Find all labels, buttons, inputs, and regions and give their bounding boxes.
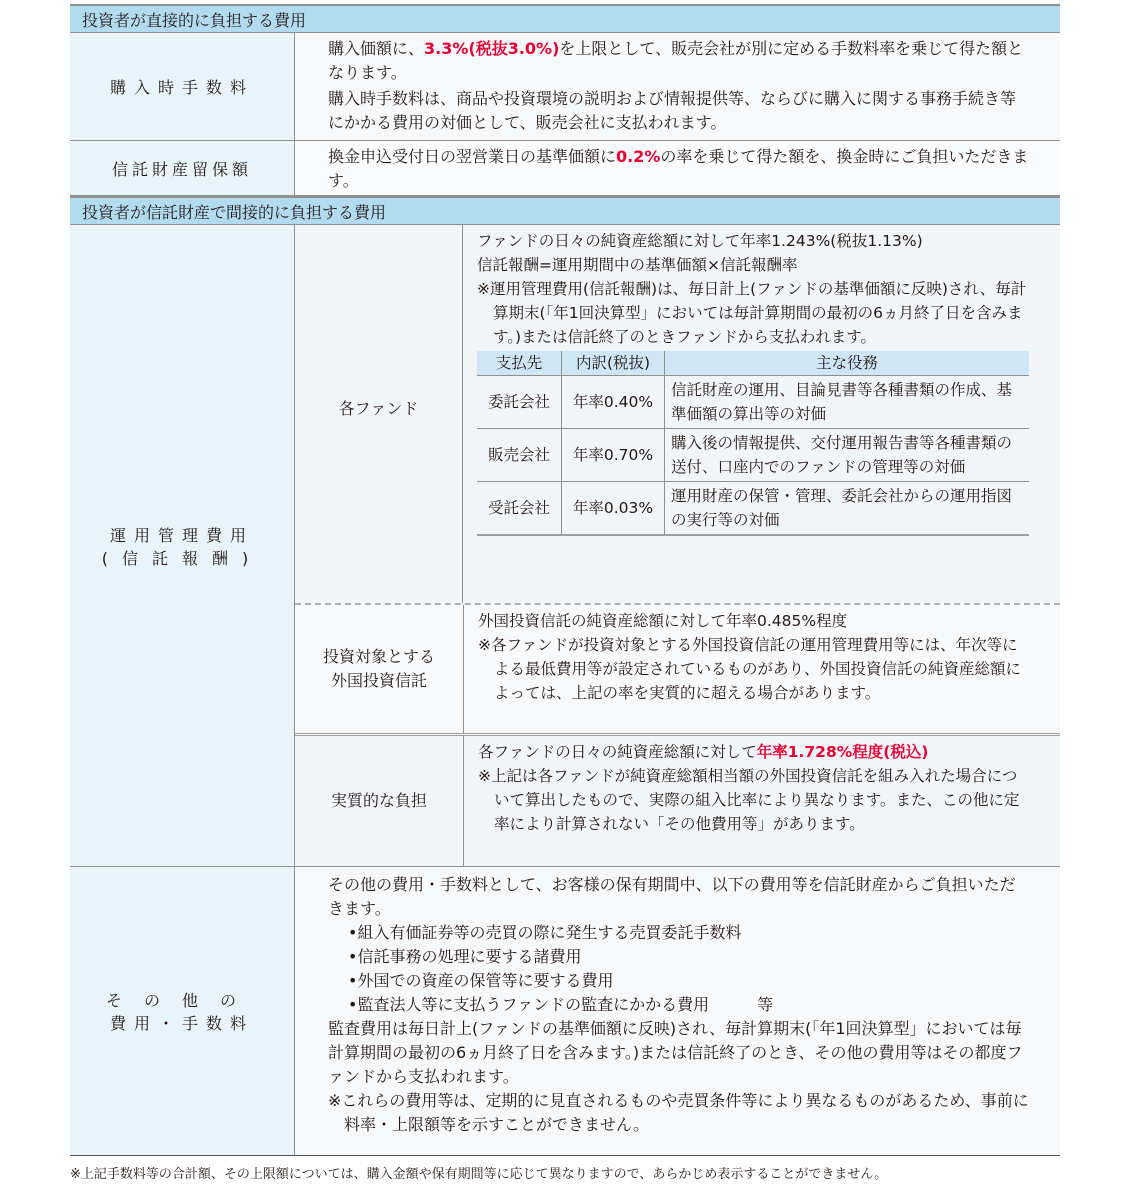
other-fees-intro: その他の費用・手数料として、お客様の保有期間中、以下の費用等を信託財産からご負担… (328, 873, 1030, 921)
label-trust-reserve: 信託財産留保額 (70, 141, 295, 195)
label-management-fee: 運用管理費用 (信託報酬) (70, 225, 295, 866)
effective-note: ※上記は各ファンドが純資産総額相当額の外国投資信託を組み入れた場合について算出し… (478, 764, 1030, 836)
effective-rate: 年率1.728%程度(税込) (757, 743, 929, 761)
other-fees-note: ※これらの費用等は、定期的に見直されるものや売買条件等により異なるものがあるため… (328, 1089, 1030, 1137)
label-purchase-fee: 購入時手数料 (70, 33, 295, 140)
col-header-payee: 支払先 (477, 351, 562, 376)
table-header-row: 支払先 内訳(税抜) 主な役務 (477, 351, 1029, 376)
list-item: •外国での資産の保管等に要する費用 (328, 969, 1030, 993)
subrow-foreign-trust: 投資対象とする 外国投資信託 外国投資信託の純資産総額に対して年率0.485%程… (295, 603, 1060, 733)
label-line: 投資対象とする (323, 645, 435, 669)
cell-payee: 受託会社 (477, 482, 562, 536)
other-fees-audit: 監査費用は毎日計上(ファンドの基準価額に反映)され、毎計算期末(「年1回決算型」… (328, 1017, 1030, 1089)
each-fund-note: ※運用管理費用(信託報酬)は、毎日計上(ファンドの基準価額に反映)され、毎計算期… (477, 277, 1030, 349)
cell-rate: 年率0.03% (562, 482, 665, 536)
text: 購入価額に、 (328, 39, 424, 58)
list-item: •信託事務の処理に要する諸費用 (328, 945, 1030, 969)
list-item: •監査法人等に支払うファンドの監査にかかる費用 等 (328, 993, 1030, 1017)
label-line: その他の (106, 988, 258, 1011)
content-each-fund: ファンドの日々の純資産総額に対して年率1.243%(税抜1.13%) 信託報酬=… (463, 225, 1060, 603)
trust-reserve-rate: 0.2% (616, 147, 660, 166)
section-header-direct-fees: 投資者が直接的に負担する費用 (70, 4, 1060, 33)
col-header-services: 主な役務 (665, 351, 1030, 376)
text: 換金申込受付日の翌営業日の基準価額に (328, 147, 616, 166)
label-each-fund: 各ファンド (295, 225, 463, 603)
foreign-trust-note: ※各ファンドが投資対象とする外国投資信託の運用管理費用等には、年次等による最低費… (478, 633, 1030, 705)
cell-services: 信託財産の運用、目論見書等各種書類の作成、基準価額の算出等の対価 (665, 376, 1030, 429)
management-fee-subrows: 各ファンド ファンドの日々の純資産総額に対して年率1.243%(税抜1.13%)… (295, 225, 1060, 866)
row-management-fee: 運用管理費用 (信託報酬) 各ファンド ファンドの日々の純資産総額に対して年率1… (70, 225, 1060, 867)
row-purchase-fee: 購入時手数料 購入価額に、3.3%(税抜3.0%)を上限として、販売会社が別に定… (70, 33, 1060, 141)
footnote: ※上記手数料等の合計額、その上限額については、購入金額や保有期間等に応じて異なり… (70, 1163, 887, 1182)
cell-payee: 販売会社 (477, 429, 562, 482)
subrow-each-fund: 各ファンド ファンドの日々の純資産総額に対して年率1.243%(税抜1.13%)… (295, 225, 1060, 603)
content-foreign-trust: 外国投資信託の純資産総額に対して年率0.485%程度 ※各ファンドが投資対象とす… (464, 605, 1060, 733)
cell-rate: 年率0.40% (562, 376, 665, 429)
purchase-fee-rate: 3.3%(税抜3.0%) (424, 39, 559, 58)
content-effective-burden: 各ファンドの日々の純資産総額に対して年率1.728%程度(税込) ※上記は各ファ… (464, 736, 1060, 866)
content-purchase-fee: 購入価額に、3.3%(税抜3.0%)を上限として、販売会社が別に定める手数料率を… (295, 33, 1060, 140)
section-header-indirect-fees: 投資者が信託財産で間接的に負担する費用 (70, 196, 1060, 225)
purchase-fee-p1: 購入価額に、3.3%(税抜3.0%)を上限として、販売会社が別に定める手数料率を… (328, 37, 1030, 85)
cell-rate: 年率0.70% (562, 429, 665, 482)
fee-table: 投資者が直接的に負担する費用 購入時手数料 購入価額に、3.3%(税抜3.0%)… (70, 4, 1060, 1156)
effective-rate-line: 各ファンドの日々の純資産総額に対して年率1.728%程度(税込) (478, 740, 1030, 764)
label-other-fees: その他の 費用・手数料 (70, 867, 295, 1155)
col-header-breakdown: 内訳(税抜) (562, 351, 665, 376)
fee-breakdown-table: 支払先 内訳(税抜) 主な役務 委託会社 年率0.40% 信託財産の運用、目論見… (477, 351, 1029, 536)
label-line: (信託報酬) (102, 546, 263, 569)
foreign-trust-rate: 外国投資信託の純資産総額に対して年率0.485%程度 (478, 609, 1030, 633)
text: 各ファンドの日々の純資産総額に対して (478, 743, 757, 761)
content-other-fees: その他の費用・手数料として、お客様の保有期間中、以下の費用等を信託財産からご負担… (295, 867, 1060, 1155)
label-foreign-trust: 投資対象とする 外国投資信託 (295, 605, 464, 733)
table-row: 受託会社 年率0.03% 運用財産の保管・管理、委託会社からの運用指図の実行等の… (477, 482, 1029, 536)
label-effective-burden: 実質的な負担 (295, 736, 464, 866)
row-other-fees: その他の 費用・手数料 その他の費用・手数料として、お客様の保有期間中、以下の費… (70, 867, 1060, 1156)
cell-services: 運用財産の保管・管理、委託会社からの運用指図の実行等の対価 (665, 482, 1030, 536)
content-trust-reserve: 換金申込受付日の翌営業日の基準価額に0.2%の率を乗じて得た額を、換金時にご負担… (295, 141, 1060, 195)
purchase-fee-p2: 購入時手数料は、商品や投資環境の説明および情報提供等、ならびに購入に関する事務手… (328, 87, 1030, 135)
each-fund-rate: ファンドの日々の純資産総額に対して年率1.243%(税抜1.13%) (477, 229, 1030, 253)
row-trust-reserve: 信託財産留保額 換金申込受付日の翌営業日の基準価額に0.2%の率を乗じて得た額を… (70, 141, 1060, 196)
label-line: 運用管理費用 (110, 523, 254, 546)
table-row: 販売会社 年率0.70% 購入後の情報提供、交付運用報告書等各種書類の送付、口座… (477, 429, 1029, 482)
cell-payee: 委託会社 (477, 376, 562, 429)
label-line: 費用・手数料 (110, 1011, 254, 1034)
label-line: 外国投資信託 (331, 669, 427, 693)
each-fund-formula: 信託報酬=運用期間中の基準価額×信託報酬率 (477, 253, 1030, 277)
list-item: •組入有価証券等の売買の際に発生する売買委託手数料 (328, 921, 1030, 945)
cell-services: 購入後の情報提供、交付運用報告書等各種書類の送付、口座内でのファンドの管理等の対… (665, 429, 1030, 482)
table-row: 委託会社 年率0.40% 信託財産の運用、目論見書等各種書類の作成、基準価額の算… (477, 376, 1029, 429)
subrow-effective-burden: 実質的な負担 各ファンドの日々の純資産総額に対して年率1.728%程度(税込) … (295, 733, 1060, 866)
